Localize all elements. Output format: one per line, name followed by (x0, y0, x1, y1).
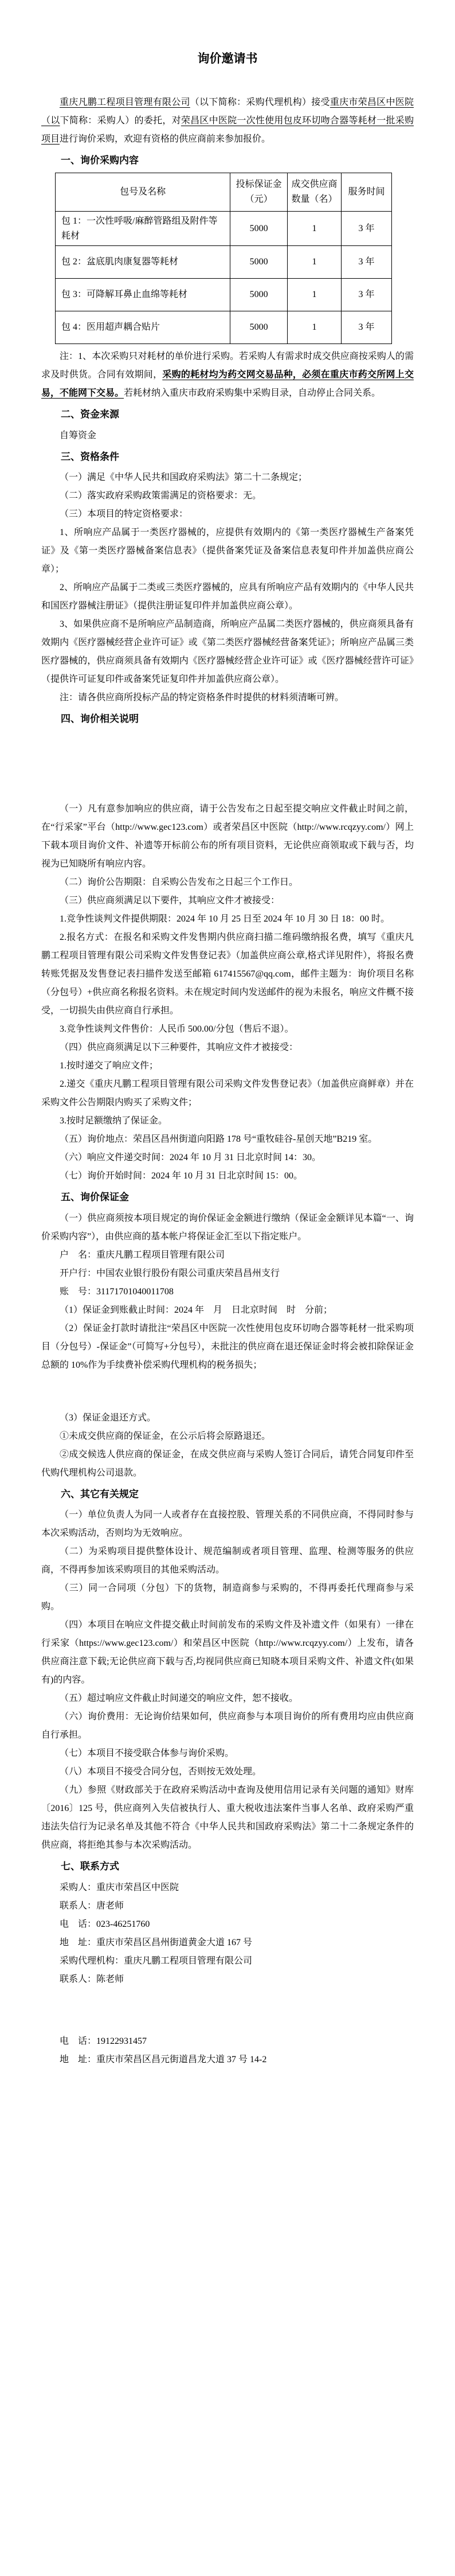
intro-text-1: （以下简称：采购代理机构）接受 (190, 97, 330, 107)
inquiry-note-2: （二）询价公告期限：自采购公告发布之日起三个工作日。 (41, 873, 414, 892)
col-header-package: 包号及名称 (56, 173, 230, 211)
intro-paragraph: 重庆凡鹏工程项目管理有限公司（以下简称：采购代理机构）接受重庆市荣昌区中医院（以… (41, 93, 414, 149)
inquiry-note-1: （一）凡有意参加响应的供应商，请于公告发布之日起至提交响应文件截止时间之前，在“… (41, 800, 414, 873)
section-6-heading: 六、其它有关规定 (41, 1486, 414, 1504)
table-note: 注：1、本次采购只对耗材的单价进行采购。若采购人有需求时成交供应商按采购人的需求… (41, 348, 414, 403)
inquiry-note-4-sub-2: 2.递交《重庆凡鹏工程项目管理有限公司采购文件发售登记表》（加盖供应商鲜章）并在… (41, 1075, 414, 1112)
intro-agency-name: 重庆凡鹏工程项目管理有限公司 (60, 97, 190, 107)
deposit-remark-instruction: （2）保证金打款时请批注“荣昌区中医院一次性使用包皮环切吻合器等耗材一批采购项目… (41, 1320, 414, 1375)
inquiry-note-3-sub-3: 3.竞争性谈判文件售价：人民币 500.00/分包（售后不退）。 (41, 1020, 414, 1039)
specific-requirement-1: 1、所响应产品属于一类医疗器械的，应提供有效期内的《第一类医疗器械生产备案凭证》… (41, 524, 414, 579)
other-rule-6: （六）询价费用：无论询价结果如何，供应商参与本项目询价的所有费用均应由供应商自行… (41, 1708, 414, 1744)
other-rule-2: （二）为采购项目提供整体设计、规范编制或者项目管理、监理、检测等服务的供应商，不… (41, 1543, 414, 1579)
table-row: 包 1：一次性呼吸/麻醉管路组及附件等耗材 5000 1 3 年 (56, 211, 392, 245)
agency-address: 地 址：重庆市荣昌区昌元街道昌龙大道 37 号 14-2 (41, 2051, 414, 2069)
funding-source-text: 自筹资金 (41, 427, 414, 445)
agency-phone: 电 话：19122931457 (41, 2032, 414, 2051)
inquiry-note-4-sub-3: 3.按时足额缴纳了保证金。 (41, 1112, 414, 1130)
qualification-item-3: （三）本项目的特定资格要求： (41, 505, 414, 524)
other-rule-3: （三）同一合同项（分包）下的货物，制造商参与采购的，不得再委托代理商参与采购。 (41, 1579, 414, 1616)
service-time-cell: 3 年 (341, 311, 391, 344)
service-time-cell: 3 年 (341, 279, 391, 311)
qualification-item-2: （二）落实政府采购政策需满足的资格要求：无。 (41, 487, 414, 505)
agency-name: 采购代理机构：重庆凡鹏工程项目管理有限公司 (41, 1952, 414, 1970)
package-name-cell: 包 4：医用超声耦合贴片 (56, 311, 230, 344)
package-name-cell: 包 2：盆底肌肉康复器等耗材 (56, 246, 230, 279)
page-break-3 (41, 1989, 414, 2032)
other-rule-9: （九）参照《财政部关于在政府采购活动中查询及使用信用记录有关问题的通知》财库〔2… (41, 1781, 414, 1855)
purchaser-contact-person: 联系人：唐老师 (41, 1897, 414, 1915)
package-name-cell: 包 1：一次性呼吸/麻醉管路组及附件等耗材 (56, 211, 230, 245)
table-header-row: 包号及名称 投标保证金（元） 成交供应商数量（名） 服务时间 (56, 173, 392, 211)
other-rule-4: （四）本项目在响应文件提交截止时间前发布的采购文件及补遗文件（如果有）一律在行采… (41, 1616, 414, 1689)
purchaser-address: 地 址：重庆市荣昌区昌州街道黄金大道 167 号 (41, 1934, 414, 1952)
deposit-cell: 5000 (230, 279, 288, 311)
deposit-account-number: 账 号：31171701040011708 (41, 1283, 414, 1301)
col-header-service-time: 服务时间 (341, 173, 391, 211)
inquiry-note-3-sub-1: 1.竞争性谈判文件提供期限：2024 年 10 月 25 日至 2024 年 1… (41, 910, 414, 928)
deposit-account-name: 户 名：重庆凡鹏工程项目管理有限公司 (41, 1246, 414, 1264)
purchaser-phone: 电 话：023-46251760 (41, 1915, 414, 1934)
agency-contact-person: 联系人：陈老师 (41, 1970, 414, 1989)
other-rule-8: （八）本项目不接受合同分包，否则按无效处理。 (41, 1763, 414, 1781)
inquiry-note-7: （七）询价开始时间：2024 年 10 月 31 日北京时间 15：00。 (41, 1167, 414, 1185)
inquiry-note-4-sub-1: 1.按时递交了响应文件； (41, 1057, 414, 1075)
inquiry-note-3-sub-2: 2.报名方式：在报名和采购文件发售期内供应商扫描二维码缴纳报名费，填写《重庆凡鹏… (41, 928, 414, 1020)
inquiry-note-6: （六）响应文件递交时间：2024 年 10 月 31 日北京时间 14：30。 (41, 1149, 414, 1167)
section-7-heading: 七、联系方式 (41, 1858, 414, 1876)
specific-requirement-3: 3、如果供应商不是所响应产品制造商，所响应产品属二类医疗器械的，供应商须具备有效… (41, 615, 414, 689)
table-row: 包 3：可降解耳鼻止血绵等耗材 5000 1 3 年 (56, 279, 392, 311)
col-header-supplier-count: 成交供应商数量（名） (288, 173, 342, 211)
qualification-item-1: （一）满足《中华人民共和国政府采购法》第二十二条规定； (41, 469, 414, 487)
other-rule-1: （一）单位负责人为同一人或者存在直接控股、管理关系的不同供应商，不得同时参与本次… (41, 1506, 414, 1543)
package-name-cell: 包 3：可降解耳鼻止血绵等耗材 (56, 279, 230, 311)
deposit-cell: 5000 (230, 311, 288, 344)
page-break-2 (41, 1375, 414, 1409)
section-4-heading: 四、询价相关说明 (41, 711, 414, 728)
inquiry-note-4: （四）供应商须满足以下三种要件，其响应文件才被接受： (41, 1039, 414, 1057)
doc-title: 询价邀请书 (41, 50, 414, 67)
package-table: 包号及名称 投标保证金（元） 成交供应商数量（名） 服务时间 包 1：一次性呼吸… (55, 173, 392, 344)
deposit-cell: 5000 (230, 246, 288, 279)
deposit-paragraph-1: （一）供应商须按本项目规定的询价保证金金额进行缴纳（保证金金额详见本篇“一、询价… (41, 1209, 414, 1246)
intro-text-2: 下简称：采购人）的委托，对 (60, 116, 181, 126)
section-1-heading: 一、询价采购内容 (41, 152, 414, 170)
deposit-refund-heading: （3）保证金退还方式。 (41, 1409, 414, 1427)
supplier-count-cell: 1 (288, 279, 342, 311)
col-header-deposit: 投标保证金（元） (230, 173, 288, 211)
service-time-cell: 3 年 (341, 246, 391, 279)
inquiry-note-5: （五）询价地点：荣昌区昌州街道向阳路 178 号“重牧硅谷-星创天地”B219 … (41, 1130, 414, 1149)
deposit-refund-2: ②成交候选人供应商的保证金，在成交供应商与采购人签订合同后，请凭合同复印件至代购… (41, 1446, 414, 1482)
other-rule-5: （五）超过响应文件截止时间递交的响应文件，恕不接收。 (41, 1689, 414, 1708)
section-3-heading: 三、资格条件 (41, 448, 414, 466)
purchaser-name: 采购人：重庆市荣昌区中医院 (41, 1879, 414, 1897)
inquiry-note-3: （三）供应商须满足以下要件，其响应文件才被接受： (41, 892, 414, 910)
intro-text-3: 进行询价采购，欢迎有资格的供应商前来参加报价。 (60, 134, 270, 144)
table-row: 包 2：盆底肌肉康复器等耗材 5000 1 3 年 (56, 246, 392, 279)
supplier-count-cell: 1 (288, 311, 342, 344)
table-row: 包 4：医用超声耦合贴片 5000 1 3 年 (56, 311, 392, 344)
supplier-count-cell: 1 (288, 211, 342, 245)
section-5-heading: 五、询价保证金 (41, 1189, 414, 1207)
section-2-heading: 二、资金来源 (41, 406, 414, 424)
service-time-cell: 3 年 (341, 211, 391, 245)
table-note-text-2: 若耗材纳入重庆市政府采购集中采购目录，自动停止合同关系。 (124, 388, 381, 398)
deposit-refund-1: ①未成交供应商的保证金，在公示后将会原路退还。 (41, 1427, 414, 1446)
inquiry-invitation-document: 询价邀请书 重庆凡鹏工程项目管理有限公司（以下简称：采购代理机构）接受重庆市荣昌… (0, 0, 455, 2576)
other-rule-7: （七）本项目不接受联合体参与询价采购。 (41, 1744, 414, 1763)
deposit-cell: 5000 (230, 211, 288, 245)
page-break-1 (41, 731, 414, 800)
qualification-note: 注：请各供应商所投标产品的特定资格条件时提供的材料须清晰可辨。 (41, 689, 414, 707)
deposit-bank: 开户行：中国农业银行股份有限公司重庆荣昌昌州支行 (41, 1264, 414, 1283)
specific-requirement-2: 2、所响应产品属于二类或三类医疗器械的，应具有所响应产品有效期内的《中华人民共和… (41, 579, 414, 615)
supplier-count-cell: 1 (288, 246, 342, 279)
deposit-deadline: （1）保证金到账截止时间：2024 年 月 日北京时间 时 分前； (41, 1301, 414, 1320)
